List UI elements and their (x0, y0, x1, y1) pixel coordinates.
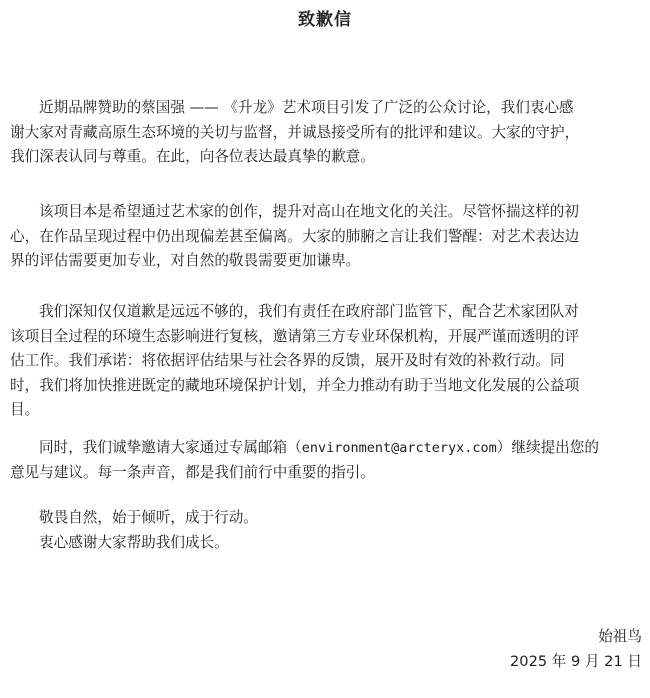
closing: 敬畏自然，始于倾听，成于行动。 衷心感谢大家帮助我们成长。 (10, 506, 642, 555)
signature: 始祖鸟 2025 年 9 月 21 日 (510, 624, 642, 674)
paragraph-line: 我们深表认同与尊重。在此，向各位表达最真挚的歉意。 (10, 145, 642, 170)
letter-title: 致歉信 (0, 9, 650, 31)
paragraph-line: 心，在作品呈现过程中仍出现偏差甚至偏离。大家的肺腑之言让我们警醒：对艺术表达边 (10, 225, 642, 250)
paragraph-line: 估工作。我们承诺：将依据评估结果与社会各界的反馈，展开及时有效的补救行动。同 (10, 349, 642, 374)
paragraph-line: 界的评估需要更加专业，对自然的敬畏需要更加谦卑。 (10, 249, 642, 274)
text-after-email: ）继续提出您的 (497, 439, 599, 456)
paragraph-4: 同时，我们诚挚邀请大家通过专属邮箱（environment@arcteryx.c… (10, 436, 642, 485)
paragraph-line: 意见与建议。每一条声音，都是我们前行中重要的指引。 (10, 461, 642, 486)
paragraph-line: 近期品牌赞助的蔡国强 —— 《升龙》艺术项目引发了广泛的公众讨论，我们衷心感 (10, 96, 642, 121)
paragraph-line: 时，我们将加快推进既定的藏地环境保护计划，并全力推动有助于当地文化发展的公益项 (10, 374, 642, 399)
closing-line: 衷心感谢大家帮助我们成长。 (10, 531, 642, 556)
text-before-email: 同时，我们诚挚邀请大家通过专属邮箱（ (39, 439, 302, 456)
paragraph-line: 该项目全过程的环境生态影响进行复核，邀请第三方专业环保机构，开展严谨而透明的评 (10, 325, 642, 350)
signature-date: 2025 年 9 月 21 日 (510, 649, 642, 674)
paragraph-line: 我们深知仅仅道歉是远远不够的，我们有责任在政府部门监管下，配合艺术家团队对 (10, 300, 642, 325)
paragraph-line: 目。 (10, 398, 642, 423)
paragraph-3: 我们深知仅仅道歉是远远不够的，我们有责任在政府部门监管下，配合艺术家团队对 该项… (10, 300, 642, 423)
paragraph-line: 同时，我们诚挚邀请大家通过专属邮箱（environment@arcteryx.c… (10, 436, 642, 461)
signature-name: 始祖鸟 (510, 624, 642, 649)
email-link[interactable]: environment@arcteryx.com (302, 440, 497, 456)
paragraph-2: 该项目本是希望通过艺术家的创作，提升对高山在地文化的关注。尽管怀揣这样的初 心，… (10, 200, 642, 274)
closing-line: 敬畏自然，始于倾听，成于行动。 (10, 506, 642, 531)
paragraph-line: 该项目本是希望通过艺术家的创作，提升对高山在地文化的关注。尽管怀揣这样的初 (10, 200, 642, 225)
paragraph-line: 谢大家对青藏高原生态环境的关切与监督，并诚恳接受所有的批评和建议。大家的守护， (10, 121, 642, 146)
paragraph-1: 近期品牌赞助的蔡国强 —— 《升龙》艺术项目引发了广泛的公众讨论，我们衷心感 谢… (10, 96, 642, 170)
